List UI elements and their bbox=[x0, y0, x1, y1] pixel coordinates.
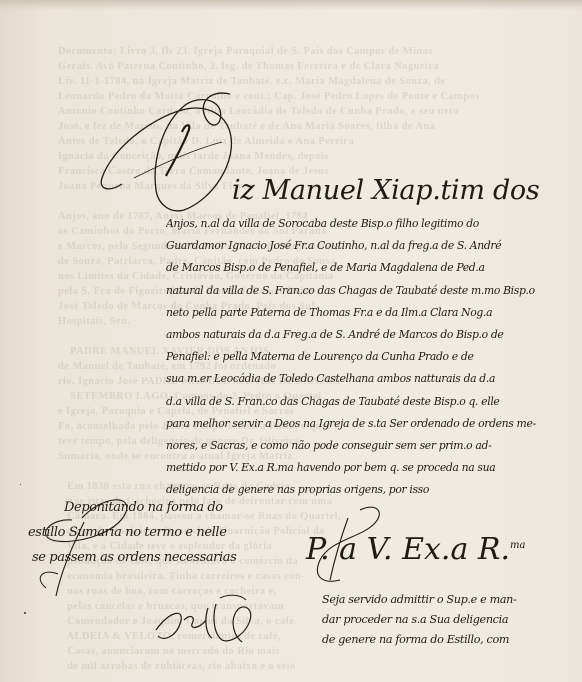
request-line: Seja servido admittir o Sup.e e man- bbox=[322, 590, 582, 610]
petition-line: de Marcos Bisp.o de Penafiel, e de Maria… bbox=[166, 257, 576, 279]
ink-speck bbox=[24, 612, 26, 614]
heading-text: P. a V. Ex.a R. bbox=[306, 532, 510, 567]
request-line: dar proceder na s.a Sua deligencia bbox=[322, 610, 582, 630]
margin-line: se passem as ordens necessarias bbox=[28, 545, 298, 570]
petition-line: sua m.er Leocádia de Toledo Castelhana a… bbox=[166, 368, 576, 390]
petition-opening-line: iz Manuel Xiap.tim dos bbox=[232, 175, 539, 206]
petition-line: nores, e Sacras, e como não pode consegu… bbox=[166, 435, 576, 457]
petition-line: natural da villa de S. Fran.co das Chaga… bbox=[166, 280, 576, 302]
margin-line: estillo Sumaria no termo e nelle bbox=[28, 520, 298, 545]
request-clause: Seja servido admittir o Sup.e e man- dar… bbox=[322, 590, 582, 650]
signature-scrawl bbox=[150, 590, 260, 650]
petition-line: ambos naturais da d.a Freg.a de S. André… bbox=[166, 324, 576, 346]
margin-dispatch: Deponitando na forma do estillo Sumaria … bbox=[28, 495, 298, 570]
petition-line: Guardamor Ignacio José Fr.a Coutinho, n.… bbox=[166, 235, 576, 257]
heading-superscript: ma bbox=[510, 540, 525, 551]
ornamental-initial-d bbox=[92, 92, 242, 214]
petition-line: para melhor servir a Deos na Igreja de s… bbox=[166, 413, 576, 435]
petition-line: mettido por V. Ex.a R.ma havendo por bem… bbox=[166, 457, 576, 479]
petition-heading: P. a V. Ex.a R.ma bbox=[306, 532, 525, 567]
request-line: de genere na forma do Estillo, com bbox=[322, 630, 582, 650]
page-top-shadow bbox=[0, 0, 582, 10]
ink-speck bbox=[20, 484, 21, 485]
margin-line: Deponitando na forma do bbox=[28, 495, 298, 520]
petition-line: Penafiel: e pella Materna de Lourenço da… bbox=[166, 346, 576, 368]
document-page: { "document": { "type": "scanned-manuscr… bbox=[0, 0, 582, 682]
petition-body: Anjos, n.al da villa de Sorocaba deste B… bbox=[166, 213, 576, 501]
petition-line: Anjos, n.al da villa de Sorocaba deste B… bbox=[166, 213, 576, 235]
petition-line: d.a villa de S. Fran.co das Chagas de Ta… bbox=[166, 391, 576, 413]
petition-line: neto pella parte Paterna de Thomas Fr.a … bbox=[166, 302, 576, 324]
